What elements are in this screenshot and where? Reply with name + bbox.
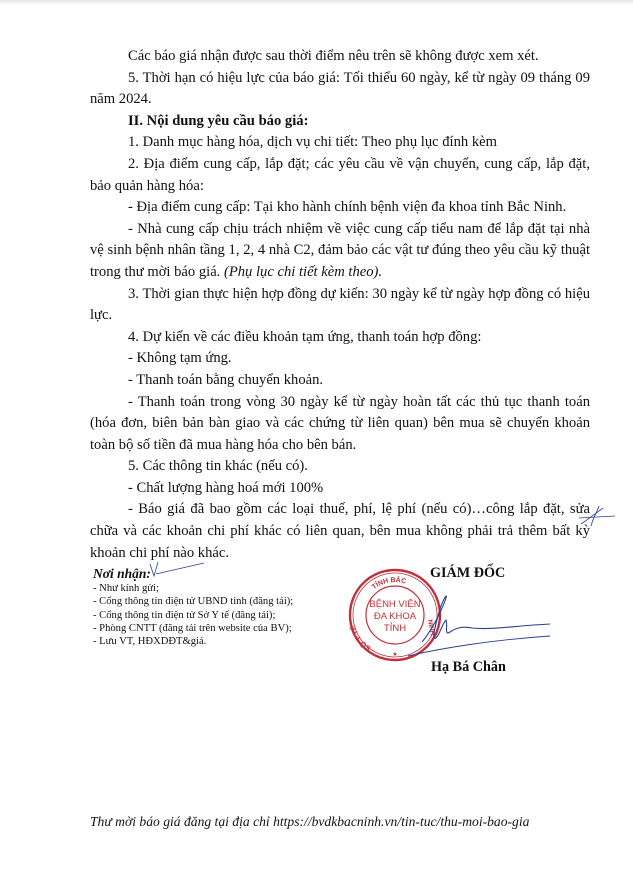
svg-text:★: ★ bbox=[392, 651, 397, 658]
paragraph: 2. Địa điểm cung cấp, lắp đặt; các yêu c… bbox=[90, 154, 590, 197]
paragraph-italic-note: (Phụ lục chi tiết kèm theo). bbox=[224, 264, 382, 280]
paragraph: - Thanh toán trong vòng 30 ngày kể từ ng… bbox=[90, 392, 590, 457]
paragraph: - Chất lượng hàng hoá mới 100% bbox=[90, 478, 590, 500]
paragraph: - Nhà cung cấp chịu trách nhiệm về việc … bbox=[90, 219, 590, 284]
paragraph: - Thanh toán bằng chuyển khoản. bbox=[90, 370, 590, 392]
recipient-item: - Cổng thông tin điện tử Sở Y tế (đăng t… bbox=[93, 609, 293, 622]
paragraph: 5. Các thông tin khác (nếu có). bbox=[90, 456, 590, 478]
paragraph: 5. Thời hạn có hiệu lực của báo giá: Tối… bbox=[90, 68, 590, 111]
director-signature-icon bbox=[402, 590, 552, 660]
document-body: Các báo giá nhận được sau thời điểm nêu … bbox=[90, 46, 590, 564]
paragraph: 4. Dự kiến về các điều khoản tạm ứng, th… bbox=[90, 327, 590, 349]
footer-note: Thư mời báo giá đăng tại địa chỉ https:/… bbox=[90, 814, 529, 830]
paragraph: II. Nội dung yêu cầu báo giá: bbox=[90, 111, 590, 133]
initial-mark-icon bbox=[577, 502, 617, 530]
recipient-item: - Như kính gửi; bbox=[93, 582, 293, 595]
paragraph: - Địa điểm cung cấp: Tại kho hành chính … bbox=[90, 197, 590, 219]
recipient-item: - Phòng CNTT (đăng tải trên website của … bbox=[93, 622, 293, 635]
recipient-item: - Cổng thông tin điện tử UBND tỉnh (đăng… bbox=[93, 595, 293, 608]
recipients-list: - Như kính gửi;- Cổng thông tin điện tử … bbox=[93, 582, 293, 648]
paragraph: - Không tạm ứng. bbox=[90, 348, 590, 370]
paragraph: - Báo giá đã bao gồm các loại thuế, phí,… bbox=[90, 499, 590, 564]
signer-name: Hạ Bá Chân bbox=[431, 659, 506, 676]
paragraph: 3. Thời gian thực hiện hợp đồng dự kiến:… bbox=[90, 284, 590, 327]
recipients-initial-icon bbox=[146, 560, 206, 580]
recipient-item: - Lưu VT, HĐXDĐT&giá. bbox=[93, 635, 293, 648]
paragraph: 1. Danh mục hàng hóa, dịch vụ chi tiết: … bbox=[90, 132, 590, 154]
paragraph: Các báo giá nhận được sau thời điểm nêu … bbox=[90, 46, 590, 68]
page-top-shadow bbox=[0, 0, 633, 5]
